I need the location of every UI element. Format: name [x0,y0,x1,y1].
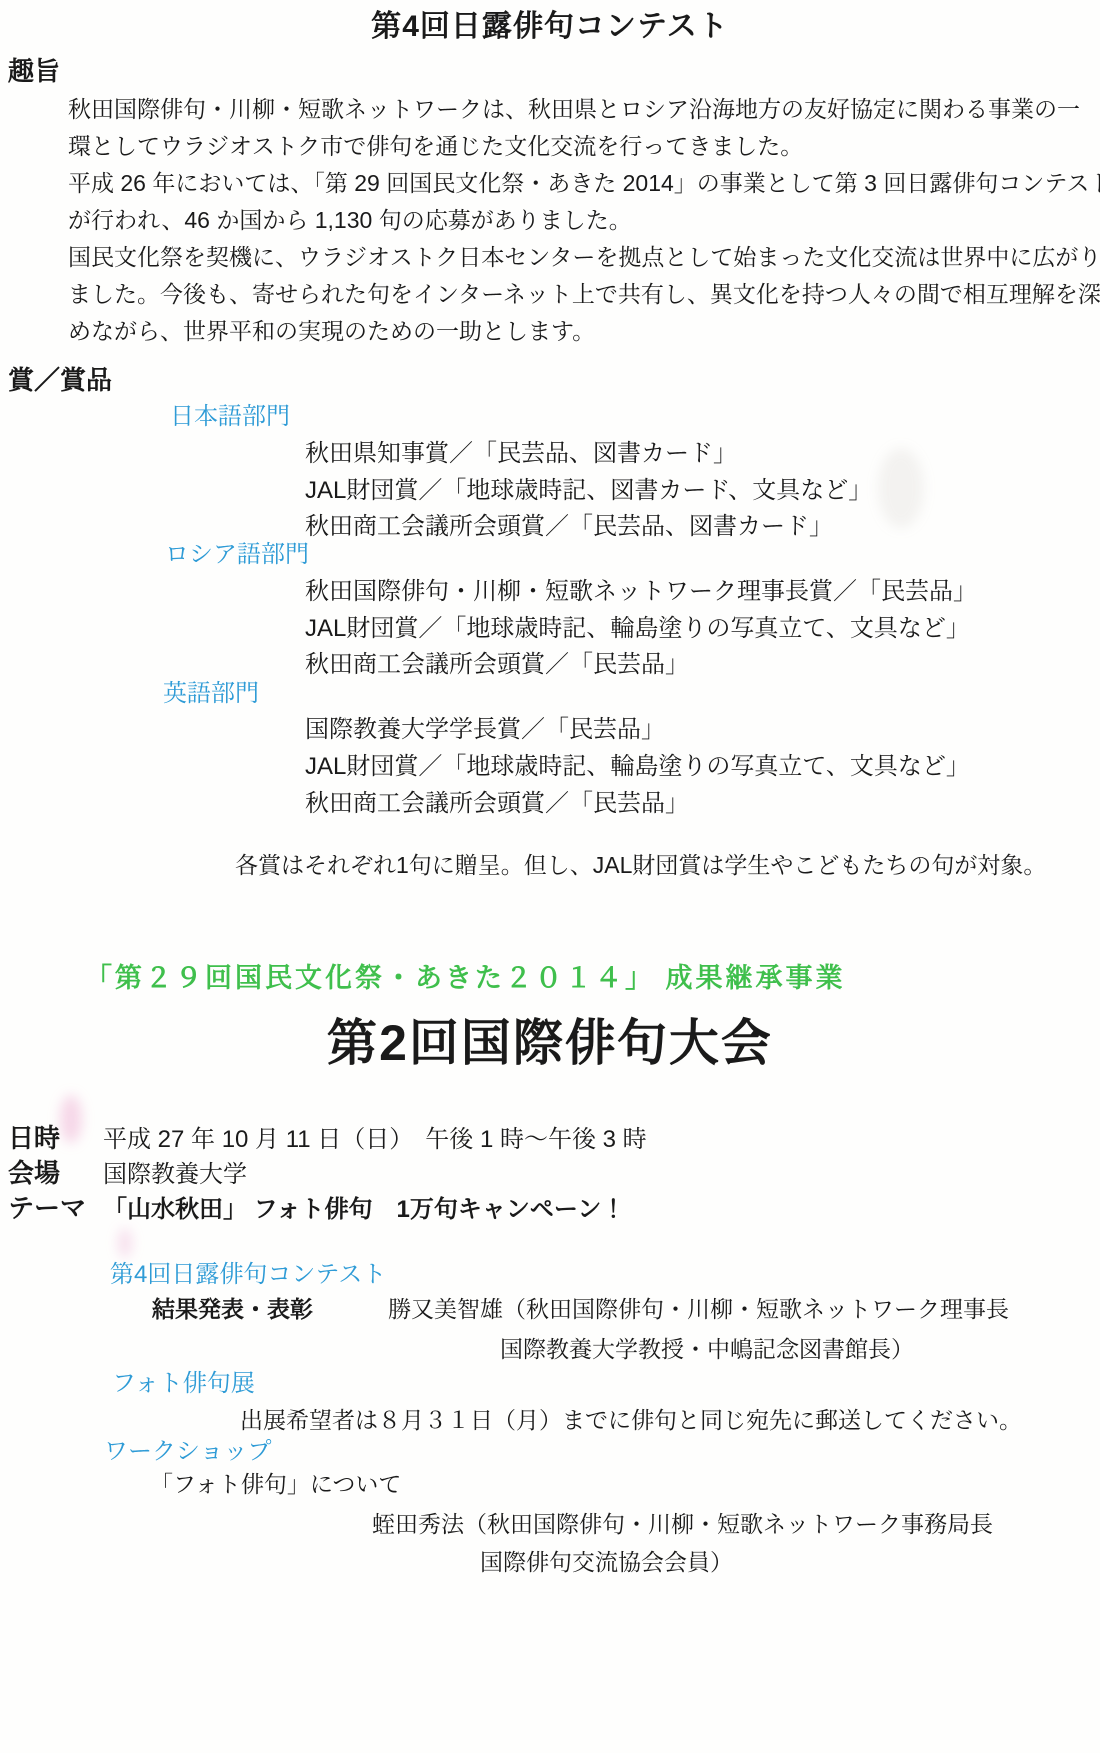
program-workshop-heading: ワークショップ [104,1437,272,1467]
detail-label-theme: テーマ [8,1192,86,1225]
program-workshop-topic: 「フォト俳句」について [150,1470,401,1499]
scan-artifact [878,448,924,528]
contest-title: 第4回日露俳句コンテスト [0,8,1100,46]
program-photo-exhibit-heading: フォト俳句展 [112,1369,255,1399]
category-english-label: 英語部門 [163,679,259,709]
prize-item: 秋田国際俳句・川柳・短歌ネットワーク理事長賞／「民芸品」 [305,577,977,607]
purpose-line: 平成 26 年においては、「第 29 回国民文化祭・あきた 2014」の事業とし… [68,169,1100,198]
program-photo-exhibit-text: 出展希望者は８月３１日（月）までに俳句と同じ宛先に郵送してください。 [240,1406,1022,1435]
program-workshop-speaker-title: 国際俳句交流協会会員） [480,1548,733,1577]
purpose-heading: 趣旨 [8,55,60,88]
scan-artifact [60,1095,82,1143]
program-contest-item: 結果発表・表彰 [152,1295,313,1324]
detail-label-datetime: 日時 [8,1122,60,1155]
program-contest-speaker-title: 国際教養大学教授・中嶋記念図書館長） [500,1335,914,1364]
prize-item: 秋田商工会議所会頭賞／「民芸品」 [305,789,689,819]
detail-value-datetime: 平成 27 年 10 月 11 日（日） 午後 1 時～午後 3 時 [103,1125,647,1155]
detail-value-venue: 国際教養大学 [103,1160,247,1190]
prize-item: 国際教養大学学長賞／「民芸品」 [305,715,665,745]
program-contest-speaker: 勝又美智雄（秋田国際俳句・川柳・短歌ネットワーク理事長 [388,1295,1009,1324]
legacy-project-line: 「第２９回国民文化祭・あきた２０１４」 成果継承事業 [85,962,846,996]
purpose-line: 国民文化祭を契機に、ウラジオストク日本センターを拠点として始まった文化交流は世界… [68,243,1100,272]
category-japanese-label: 日本語部門 [170,402,290,432]
event-title: 第2回国際俳句大会 [0,1012,1100,1075]
prize-item: JAL財団賞／「地球歳時記、輪島塗りの写真立て、文具など」 [305,752,970,782]
prize-item: JAL財団賞／「地球歳時記、輪島塗りの写真立て、文具など」 [305,614,970,644]
category-russian-label: ロシア語部門 [165,540,309,570]
program-contest-heading: 第4回日露俳句コンテスト [110,1260,386,1290]
prizes-heading: 賞／賞品 [8,364,112,397]
purpose-line: が行われ、46 か国から 1,130 句の応募がありました。 [68,206,632,235]
scan-artifact [118,1228,132,1258]
purpose-line: めながら、世界平和の実現のための一助とします。 [68,317,595,346]
prize-note: 各賞はそれぞれ1句に贈呈。但し、JAL財団賞は学生やこどもたちの句が対象。 [235,851,1046,880]
prize-item: JAL財団賞／「地球歳時記、図書カード、文具など」 [305,476,872,506]
program-workshop-speaker: 蛭田秀法（秋田国際俳句・川柳・短歌ネットワーク事務局長 [372,1510,993,1539]
prize-item: 秋田商工会議所会頭賞／「民芸品、図書カード」 [305,512,833,542]
detail-value-theme: 「山水秋田」 フォト俳句 1万句キャンペーン！ [103,1195,625,1225]
scanned-flyer-page: 第4回日露俳句コンテスト 趣旨 秋田国際俳句・川柳・短歌ネットワークは、秋田県と… [0,0,1100,1753]
prize-item: 秋田商工会議所会頭賞／「民芸品」 [305,650,689,680]
prize-item: 秋田県知事賞／「民芸品、図書カード」 [305,439,737,469]
purpose-line: ました。今後も、寄せられた句をインターネット上で共有し、異文化を持つ人々の間で相… [68,280,1100,309]
purpose-line: 環としてウラジオストク市で俳句を通じた文化交流を行ってきました。 [68,132,803,161]
purpose-line: 秋田国際俳句・川柳・短歌ネットワークは、秋田県とロシア沿海地方の友好協定に関わる… [68,95,1080,124]
detail-label-venue: 会場 [8,1157,60,1190]
